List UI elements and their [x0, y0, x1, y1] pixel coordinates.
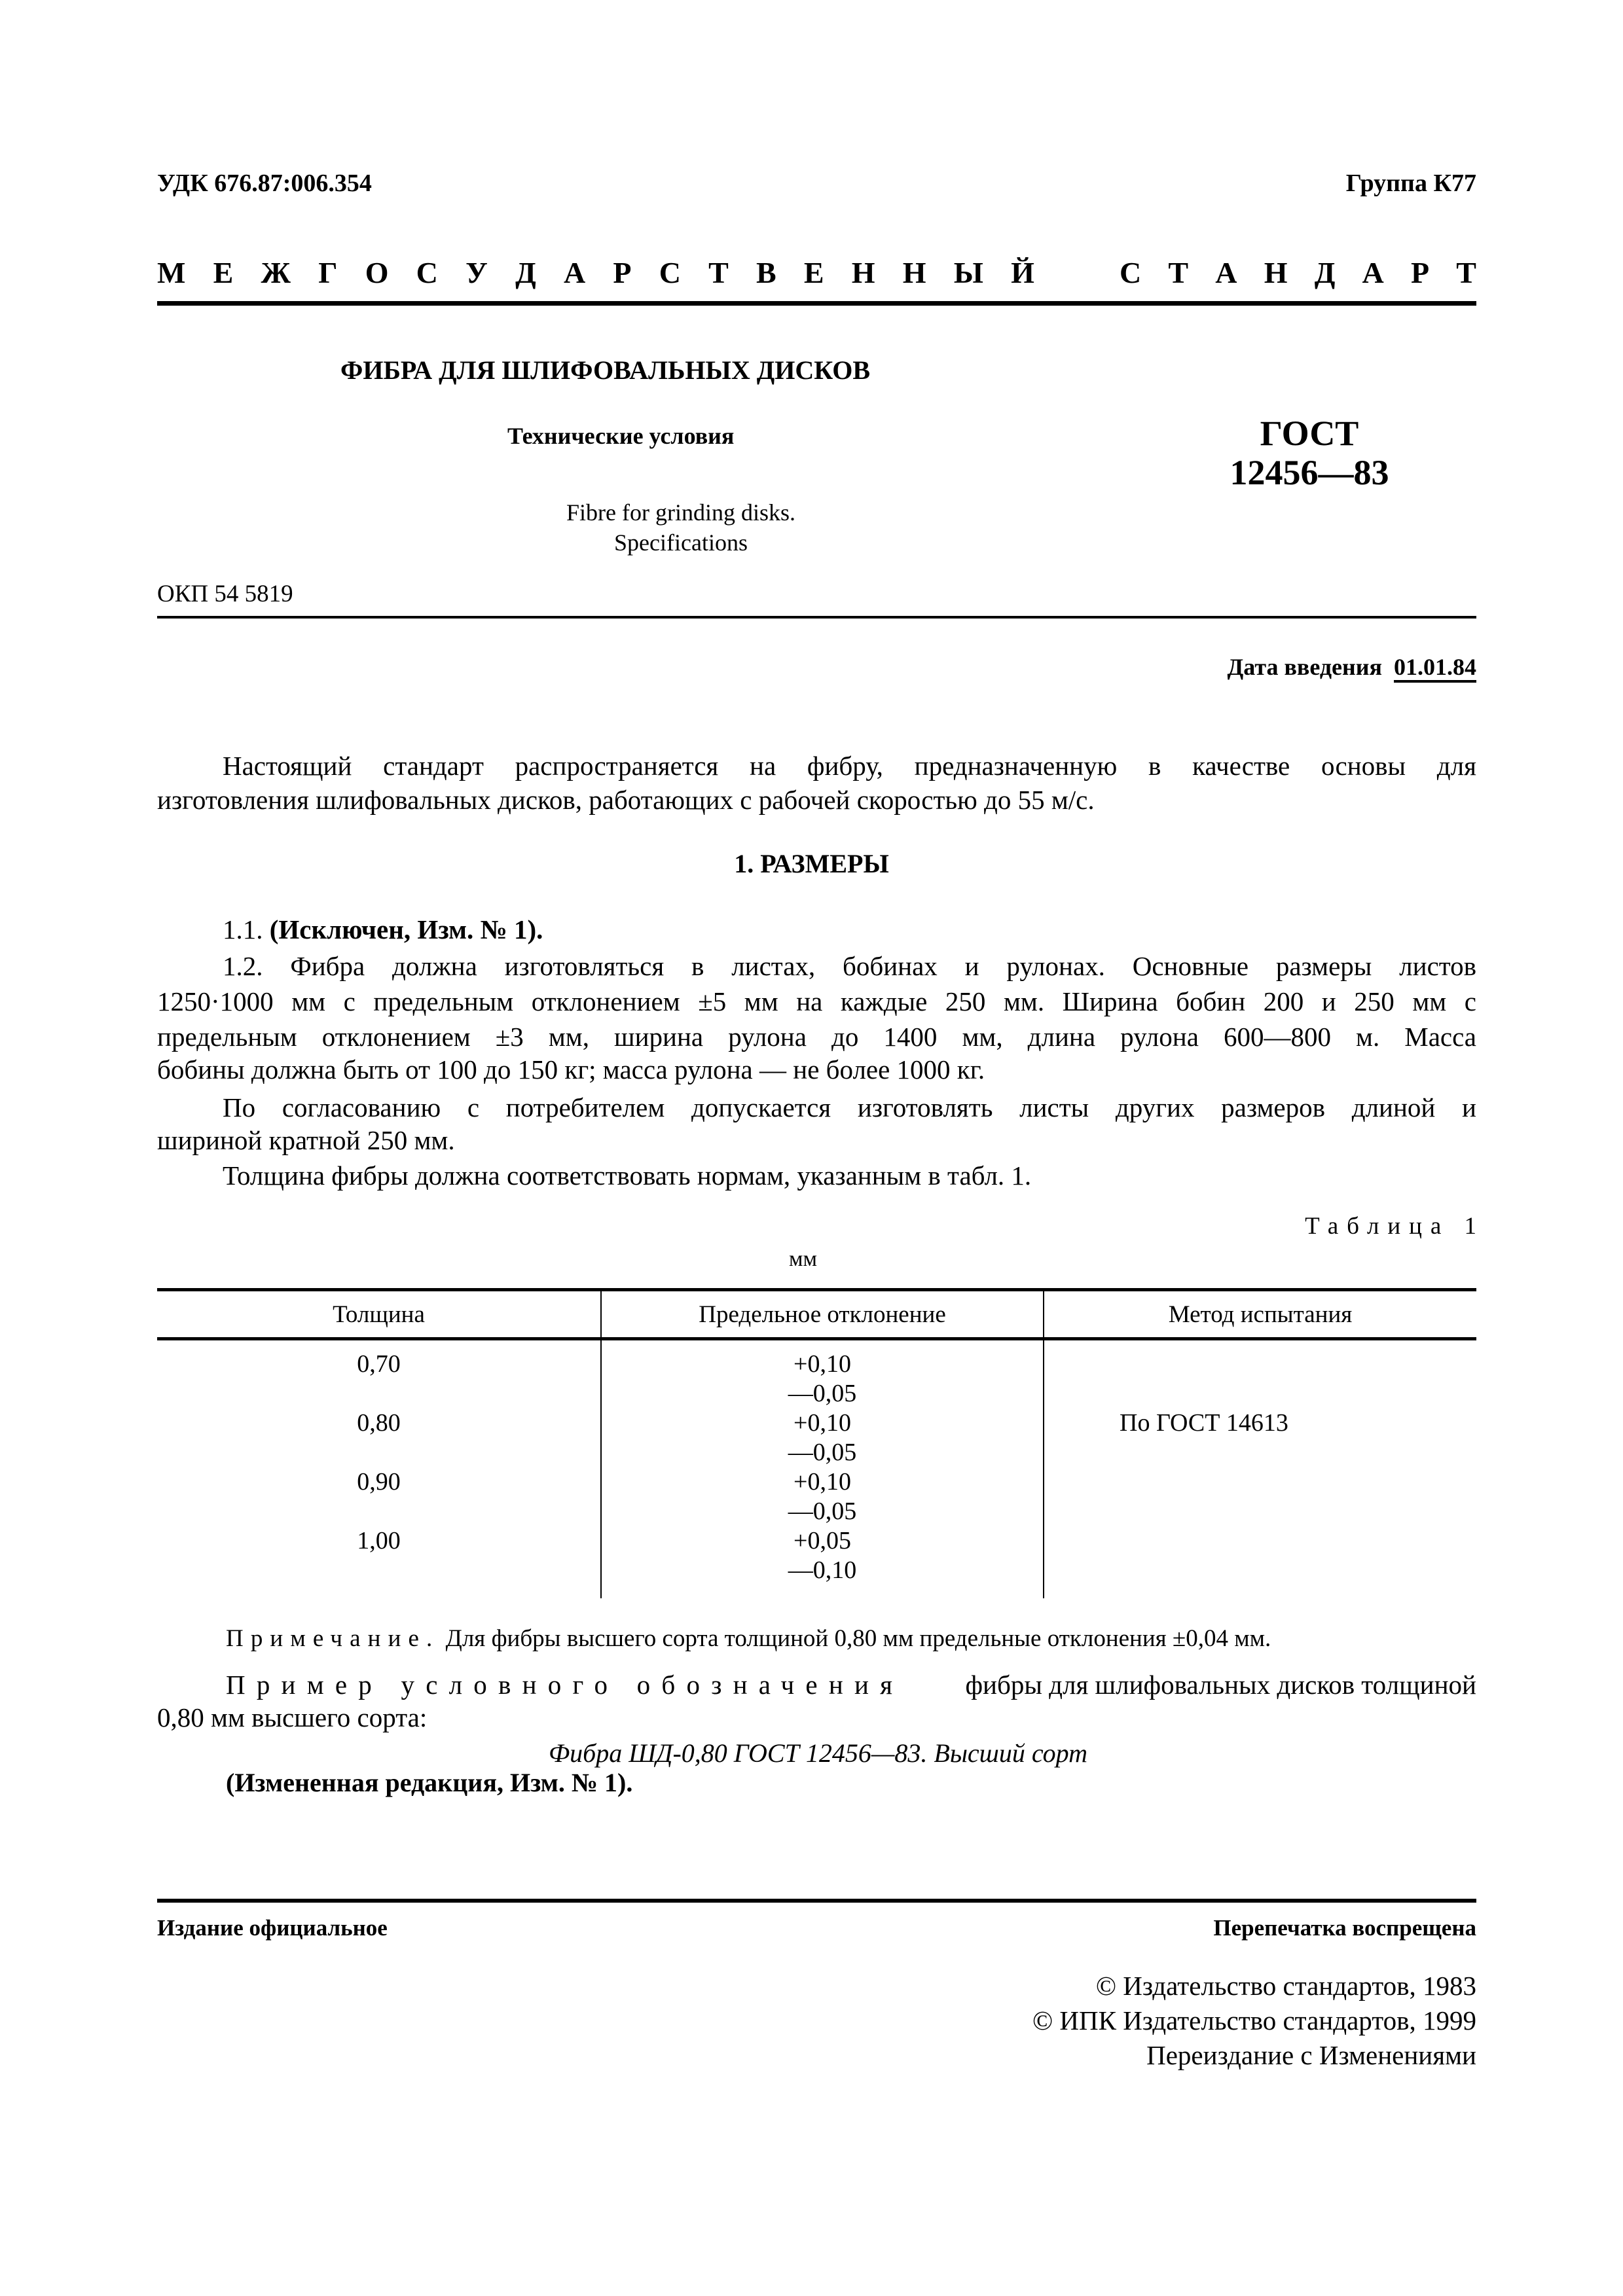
section-heading-dimensions: 1. РАЗМЕРЫ — [0, 848, 1623, 879]
english-title: Fibre for grinding disks. Specifications — [367, 497, 995, 558]
standard-type-banner: МЕЖГОСУДАРСТВЕННЫЙ СТАНДАРТ — [157, 255, 1476, 290]
banner-letter: С — [659, 255, 681, 290]
clause-1-2-line2: 1250·1000 мм с предельным отклонением ±5… — [157, 986, 1476, 1017]
table-caption: Таблица 1 — [1305, 1212, 1485, 1240]
banner-letter: Д — [515, 255, 536, 290]
banner-letter: Т — [1456, 255, 1476, 290]
standard-type-right: СТАНДАРТ — [1120, 255, 1476, 290]
banner-letter: Т — [708, 255, 729, 290]
clause-1-3-line2: шириной кратной 250 мм. — [157, 1127, 455, 1154]
example-text-line1: фибры для шлифовальных дисков толщиной — [965, 1669, 1476, 1700]
gost-designation: ГОСТ 12456—83 — [1152, 414, 1467, 492]
banner-letter: Н — [852, 255, 875, 290]
example-line1: Пример условного обозначения фибры для ш… — [226, 1669, 1476, 1700]
test-method: По ГОСТ 14613 — [1044, 1408, 1476, 1438]
deviation-minus: —0,05 — [602, 1379, 1043, 1408]
banner-letter: Г — [318, 255, 337, 290]
copyright-1999: © ИПК Издательство стандартов, 1999 — [1032, 2003, 1476, 2038]
banner-letter: У — [465, 255, 488, 290]
group-code: Группа К77 — [1346, 169, 1476, 198]
banner-letter: Д — [1315, 255, 1336, 290]
column-header-thickness: Толщина — [157, 1290, 601, 1339]
deviation-minus: —0,05 — [602, 1497, 1043, 1526]
column-header-deviation: Предельное отклонение — [601, 1290, 1044, 1339]
banner-letter: А — [564, 255, 585, 290]
gost-label: ГОСТ — [1152, 414, 1467, 453]
english-title-line2: Specifications — [367, 528, 995, 558]
clause-1-1-number: 1.1. — [223, 914, 263, 944]
clause-1-4: Толщина фибры должна соответствовать нор… — [223, 1162, 1031, 1189]
deviation-minus: —0,10 — [602, 1556, 1043, 1585]
udk-code: УДК 676.87:006.354 — [157, 169, 372, 198]
clause-1-2-line1: 1.2. Фибра должна изготовляться в листах… — [223, 950, 1476, 982]
banner-letter: Ж — [261, 255, 291, 290]
clause-1-1-text: (Исключен, Изм. № 1). — [270, 914, 543, 944]
banner-letter: Й — [1011, 255, 1034, 290]
banner-letter: А — [1362, 255, 1384, 290]
introduction-date-label: Дата введения — [1228, 654, 1383, 680]
thickness-value: 1,00 — [157, 1526, 600, 1556]
deviation-minus: —0,05 — [602, 1438, 1043, 1467]
banner-letter: Ы — [954, 255, 983, 290]
deviation-column: +0,10 —0,05 +0,10 —0,05 +0,10 —0,05 +0,0… — [601, 1339, 1044, 1599]
banner-letter: Р — [1411, 255, 1429, 290]
copyright-block: © Издательство стандартов, 1983 © ИПК Из… — [1032, 1969, 1476, 2073]
copyright-1983: © Издательство стандартов, 1983 — [1032, 1969, 1476, 2003]
document-subtitle: Технические условия — [507, 422, 734, 450]
document-title: ФИБРА ДЛЯ ШЛИФОВАЛЬНЫХ ДИСКОВ — [340, 355, 870, 386]
note-text: Для фибры высшего сорта толщиной 0,80 мм… — [446, 1625, 1271, 1652]
clause-1-2-line3: предельным отклонением ±3 мм, ширина рул… — [157, 1021, 1476, 1052]
note-label: Примечание. — [226, 1625, 439, 1652]
footer-rule — [157, 1899, 1476, 1903]
thickness-value: 0,70 — [157, 1350, 600, 1379]
method-column: По ГОСТ 14613 — [1044, 1339, 1476, 1599]
banner-letter: С — [1120, 255, 1141, 290]
banner-letter: Н — [1264, 255, 1288, 290]
banner-letter: Е — [213, 255, 234, 290]
reprint-prohibited: Перепечатка воспрещена — [1213, 1915, 1476, 1941]
title-rule — [157, 616, 1476, 619]
standard-type-left: МЕЖГОСУДАРСТВЕННЫЙ — [157, 255, 1034, 290]
banner-letter: Е — [804, 255, 824, 290]
banner-letter: О — [365, 255, 389, 290]
intro-paragraph-line2: изготовления шлифовальных дисков, работа… — [157, 787, 1095, 814]
banner-letter: С — [416, 255, 438, 290]
header-rule — [157, 301, 1476, 306]
reissue-note: Переиздание с Изменениями — [1032, 2038, 1476, 2073]
column-header-method: Метод испытания — [1044, 1290, 1476, 1339]
banner-letter: Н — [903, 255, 926, 290]
thickness-table: Толщина Предельное отклонение Метод испы… — [157, 1288, 1476, 1598]
english-title-line1: Fibre for grinding disks. — [367, 497, 995, 528]
thickness-value: 0,90 — [157, 1467, 600, 1497]
table-units: мм — [789, 1247, 817, 1272]
example-text-line2: 0,80 мм высшего сорта: — [157, 1704, 427, 1731]
banner-letter: Р — [613, 255, 631, 290]
intro-paragraph-line1: Настоящий стандарт распространяется на ф… — [223, 750, 1476, 781]
deviation-plus: +0,10 — [602, 1467, 1043, 1497]
table-note: Примечание. Для фибры высшего сорта толщ… — [226, 1624, 1271, 1653]
banner-letter: В — [756, 255, 776, 290]
clause-1-1: 1.1. (Исключен, Изм. № 1). — [223, 916, 543, 943]
banner-letter: Т — [1168, 255, 1188, 290]
clause-1-3-line1: По согласованию с потребителем допускает… — [223, 1092, 1476, 1123]
deviation-plus: +0,10 — [602, 1350, 1043, 1379]
deviation-plus: +0,10 — [602, 1408, 1043, 1438]
gost-number: 12456—83 — [1152, 453, 1467, 492]
okp-code: ОКП 54 5819 — [157, 580, 293, 608]
example-label: Пример условного обозначения — [226, 1669, 903, 1700]
clause-1-2-line4: бобины должна быть от 100 до 150 кг; мас… — [157, 1056, 985, 1083]
introduction-date: Дата введения 01.01.84 — [1228, 653, 1477, 681]
amendment-note: (Измененная редакция, Изм. № 1). — [226, 1767, 632, 1798]
introduction-date-value: 01.01.84 — [1394, 654, 1476, 680]
example-designation: Фибра ШД-0,80 ГОСТ 12456—83. Высший сорт — [0, 1738, 1623, 1768]
deviation-plus: +0,05 — [602, 1526, 1043, 1556]
banner-letter: М — [157, 255, 185, 290]
thickness-column: 0,70 0,80 0,90 1,00 — [157, 1339, 601, 1599]
official-edition: Издание официальное — [157, 1915, 388, 1941]
banner-letter: А — [1215, 255, 1237, 290]
thickness-value: 0,80 — [157, 1408, 600, 1438]
